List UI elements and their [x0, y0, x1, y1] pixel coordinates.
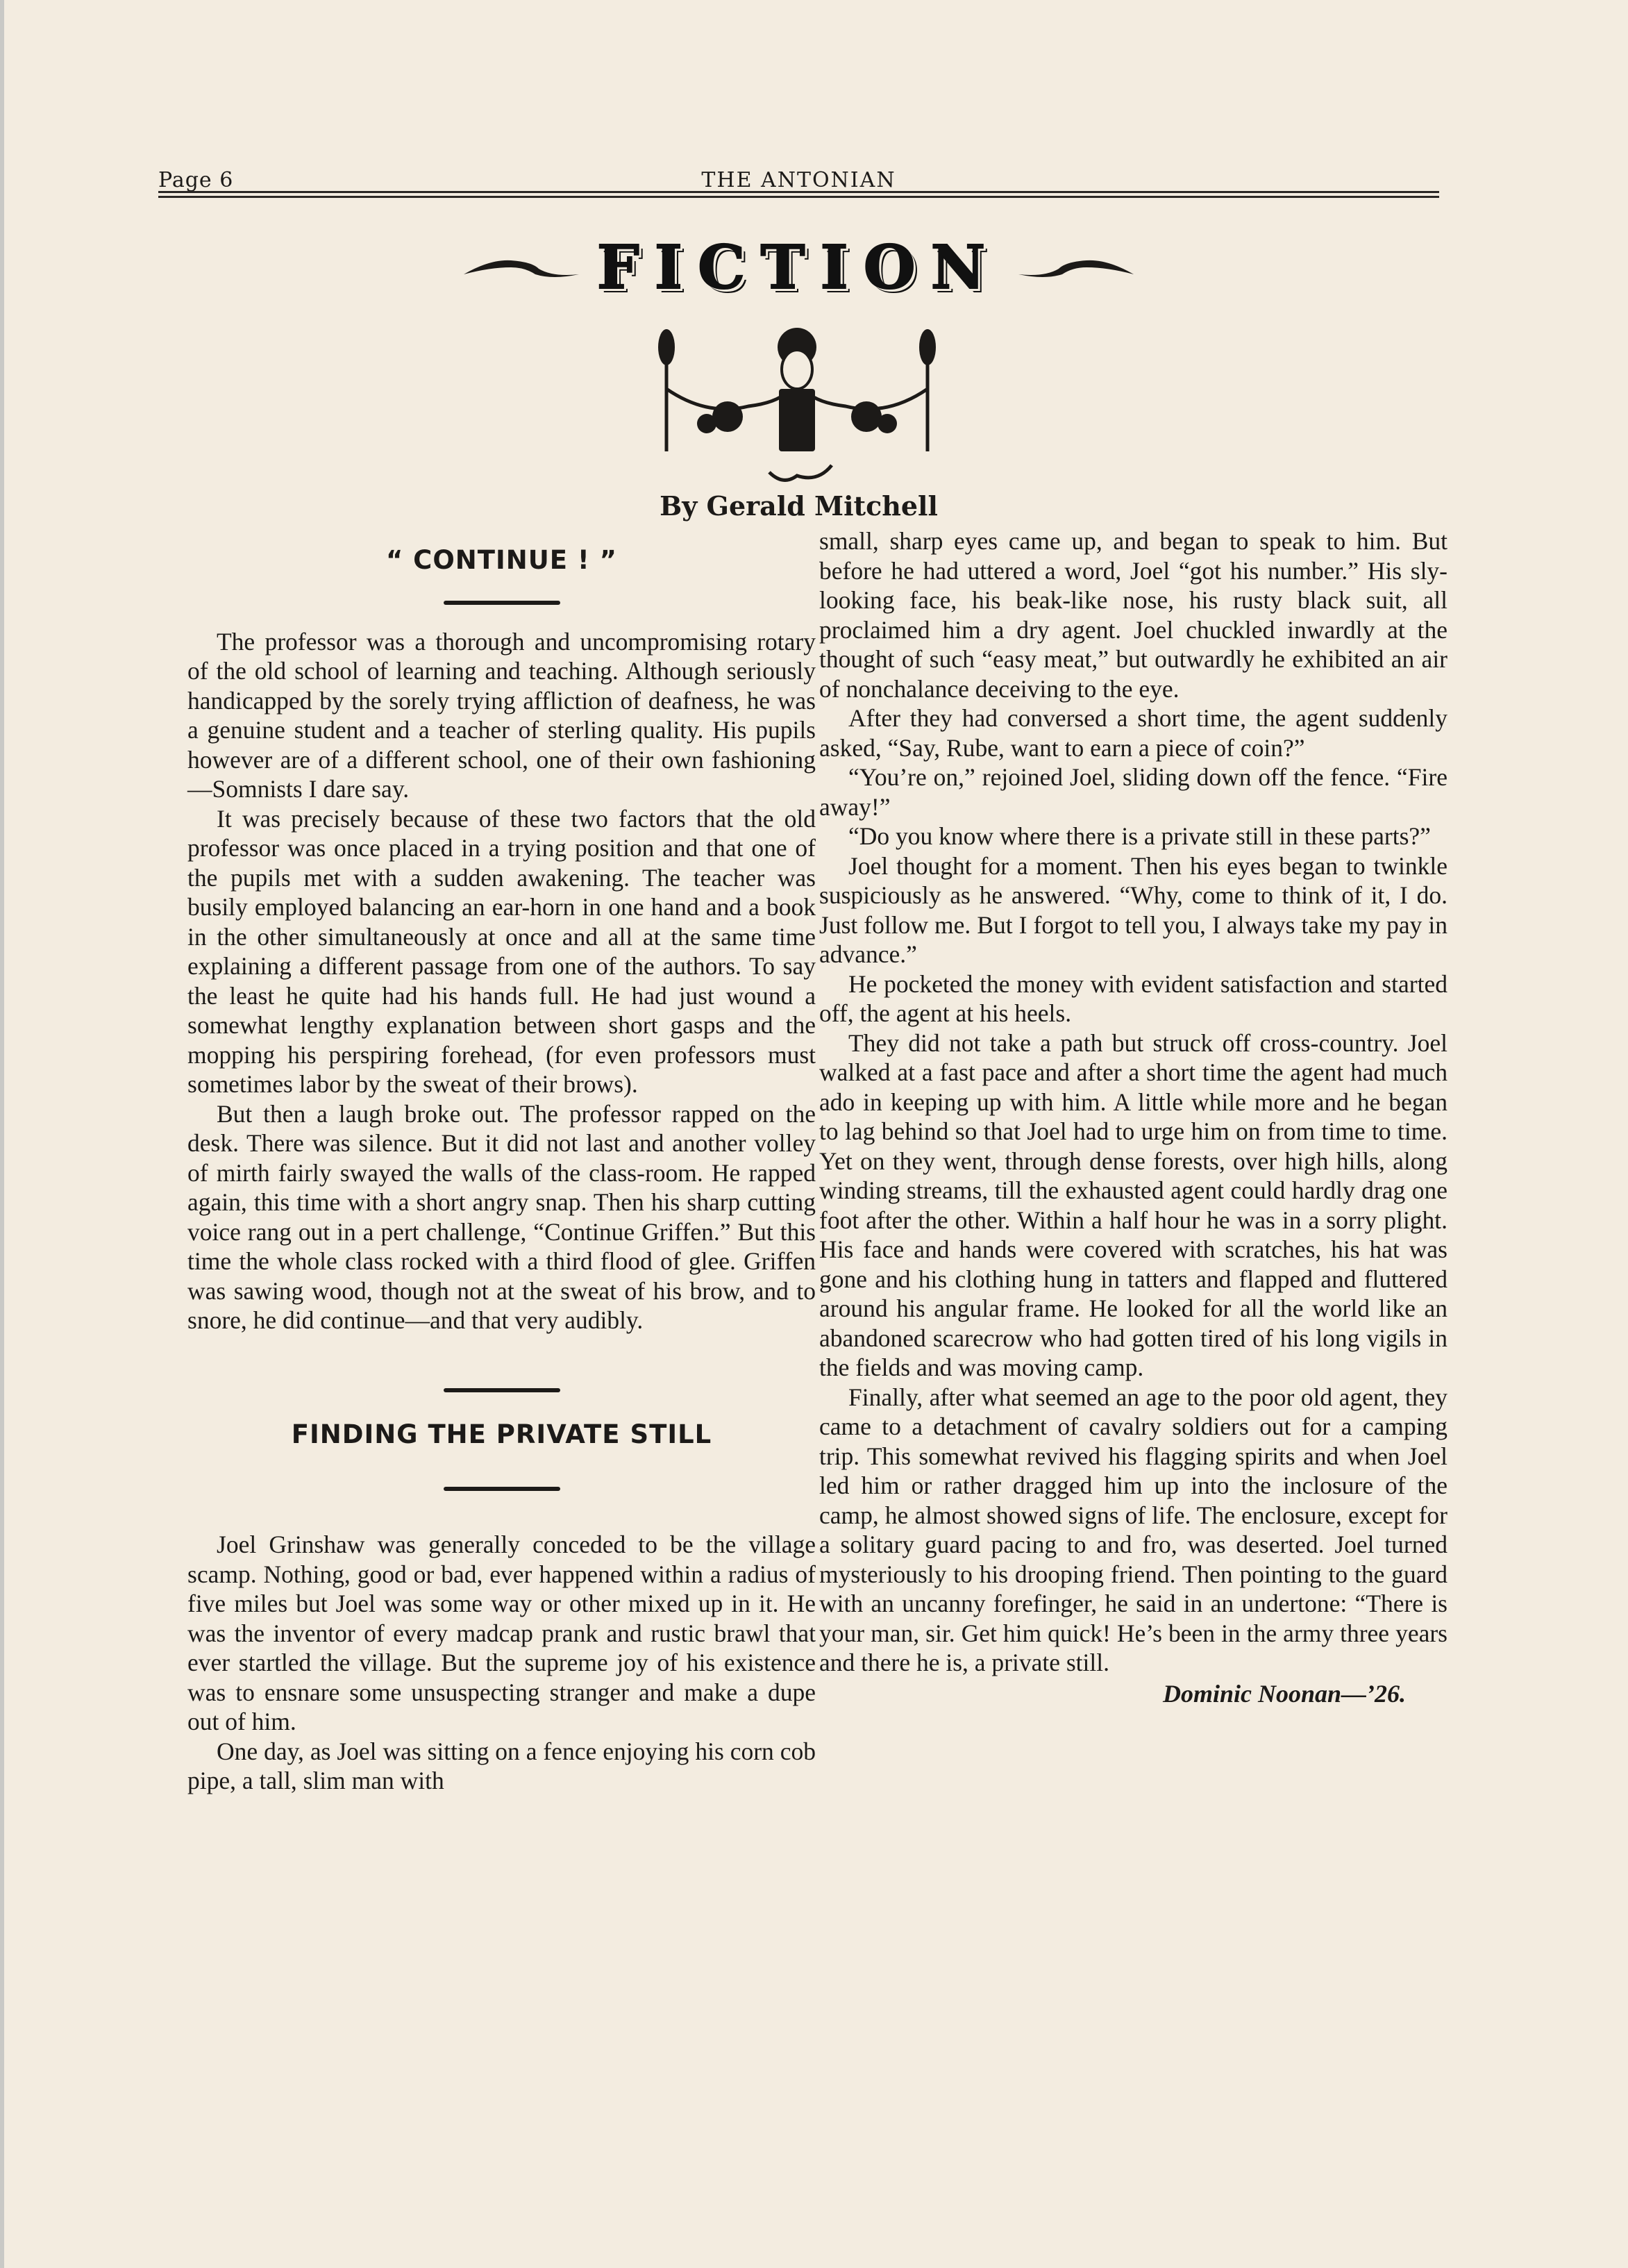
story-title-continue: “ CONTINUE ! ”: [187, 546, 816, 576]
story-paragraph: He pocketed the money with evident satis…: [819, 969, 1447, 1028]
header-double-rule: [158, 191, 1439, 198]
section-banner: FICTION: [158, 229, 1439, 306]
byline: By Gerald Mitchell: [158, 490, 1439, 522]
story-paragraph: One day, as Joel was sitting on a fence …: [187, 1737, 816, 1796]
running-header: Page 6 THE ANTONIAN: [158, 167, 1439, 194]
title-rule: [444, 601, 560, 605]
story-paragraph: But then a laugh broke out. The professo…: [187, 1099, 816, 1335]
magazine-page: Page 6 THE ANTONIAN FICTION: [158, 0, 1439, 2268]
left-swash-icon: [462, 253, 580, 281]
story-paragraph: Joel thought for a moment. Then his eyes…: [819, 851, 1447, 969]
story-paragraph: They did not take a path but struck off …: [819, 1028, 1447, 1383]
story-paragraph: “Do you know where there is a private st…: [819, 822, 1447, 851]
story-paragraph: Joel Grinshaw was generally conceded to …: [187, 1530, 816, 1737]
story-paragraph: Finally, after what seemed an age to the…: [819, 1383, 1447, 1678]
story-paragraph: The professor was a thorough and uncompr…: [187, 627, 816, 804]
title-rule: [444, 1487, 560, 1491]
story-separator-rule: [444, 1388, 560, 1392]
right-swash-icon: [1017, 253, 1135, 281]
pan-garland-ornament-icon: [610, 326, 984, 486]
story-paragraph: It was precisely because of these two fa…: [187, 804, 816, 1099]
section-title: FICTION: [597, 233, 1000, 303]
left-column: “ CONTINUE ! ” The professor was a thoro…: [187, 546, 816, 1796]
story-paragraph: After they had conversed a short time, t…: [819, 703, 1447, 762]
story-title-private-still: FINDING THE PRIVATE STILL: [187, 1420, 816, 1450]
story-paragraph-continued: small, sharp eyes came up, and began to …: [819, 526, 1447, 703]
author-signature: Dominic Noonan—’26.: [819, 1679, 1447, 1709]
paper-edge: [0, 0, 4, 2268]
publication-name: THE ANTONIAN: [158, 168, 1439, 192]
story-paragraph: “You’re on,” rejoined Joel, sliding down…: [819, 762, 1447, 822]
right-column: small, sharp eyes came up, and began to …: [819, 526, 1447, 1708]
